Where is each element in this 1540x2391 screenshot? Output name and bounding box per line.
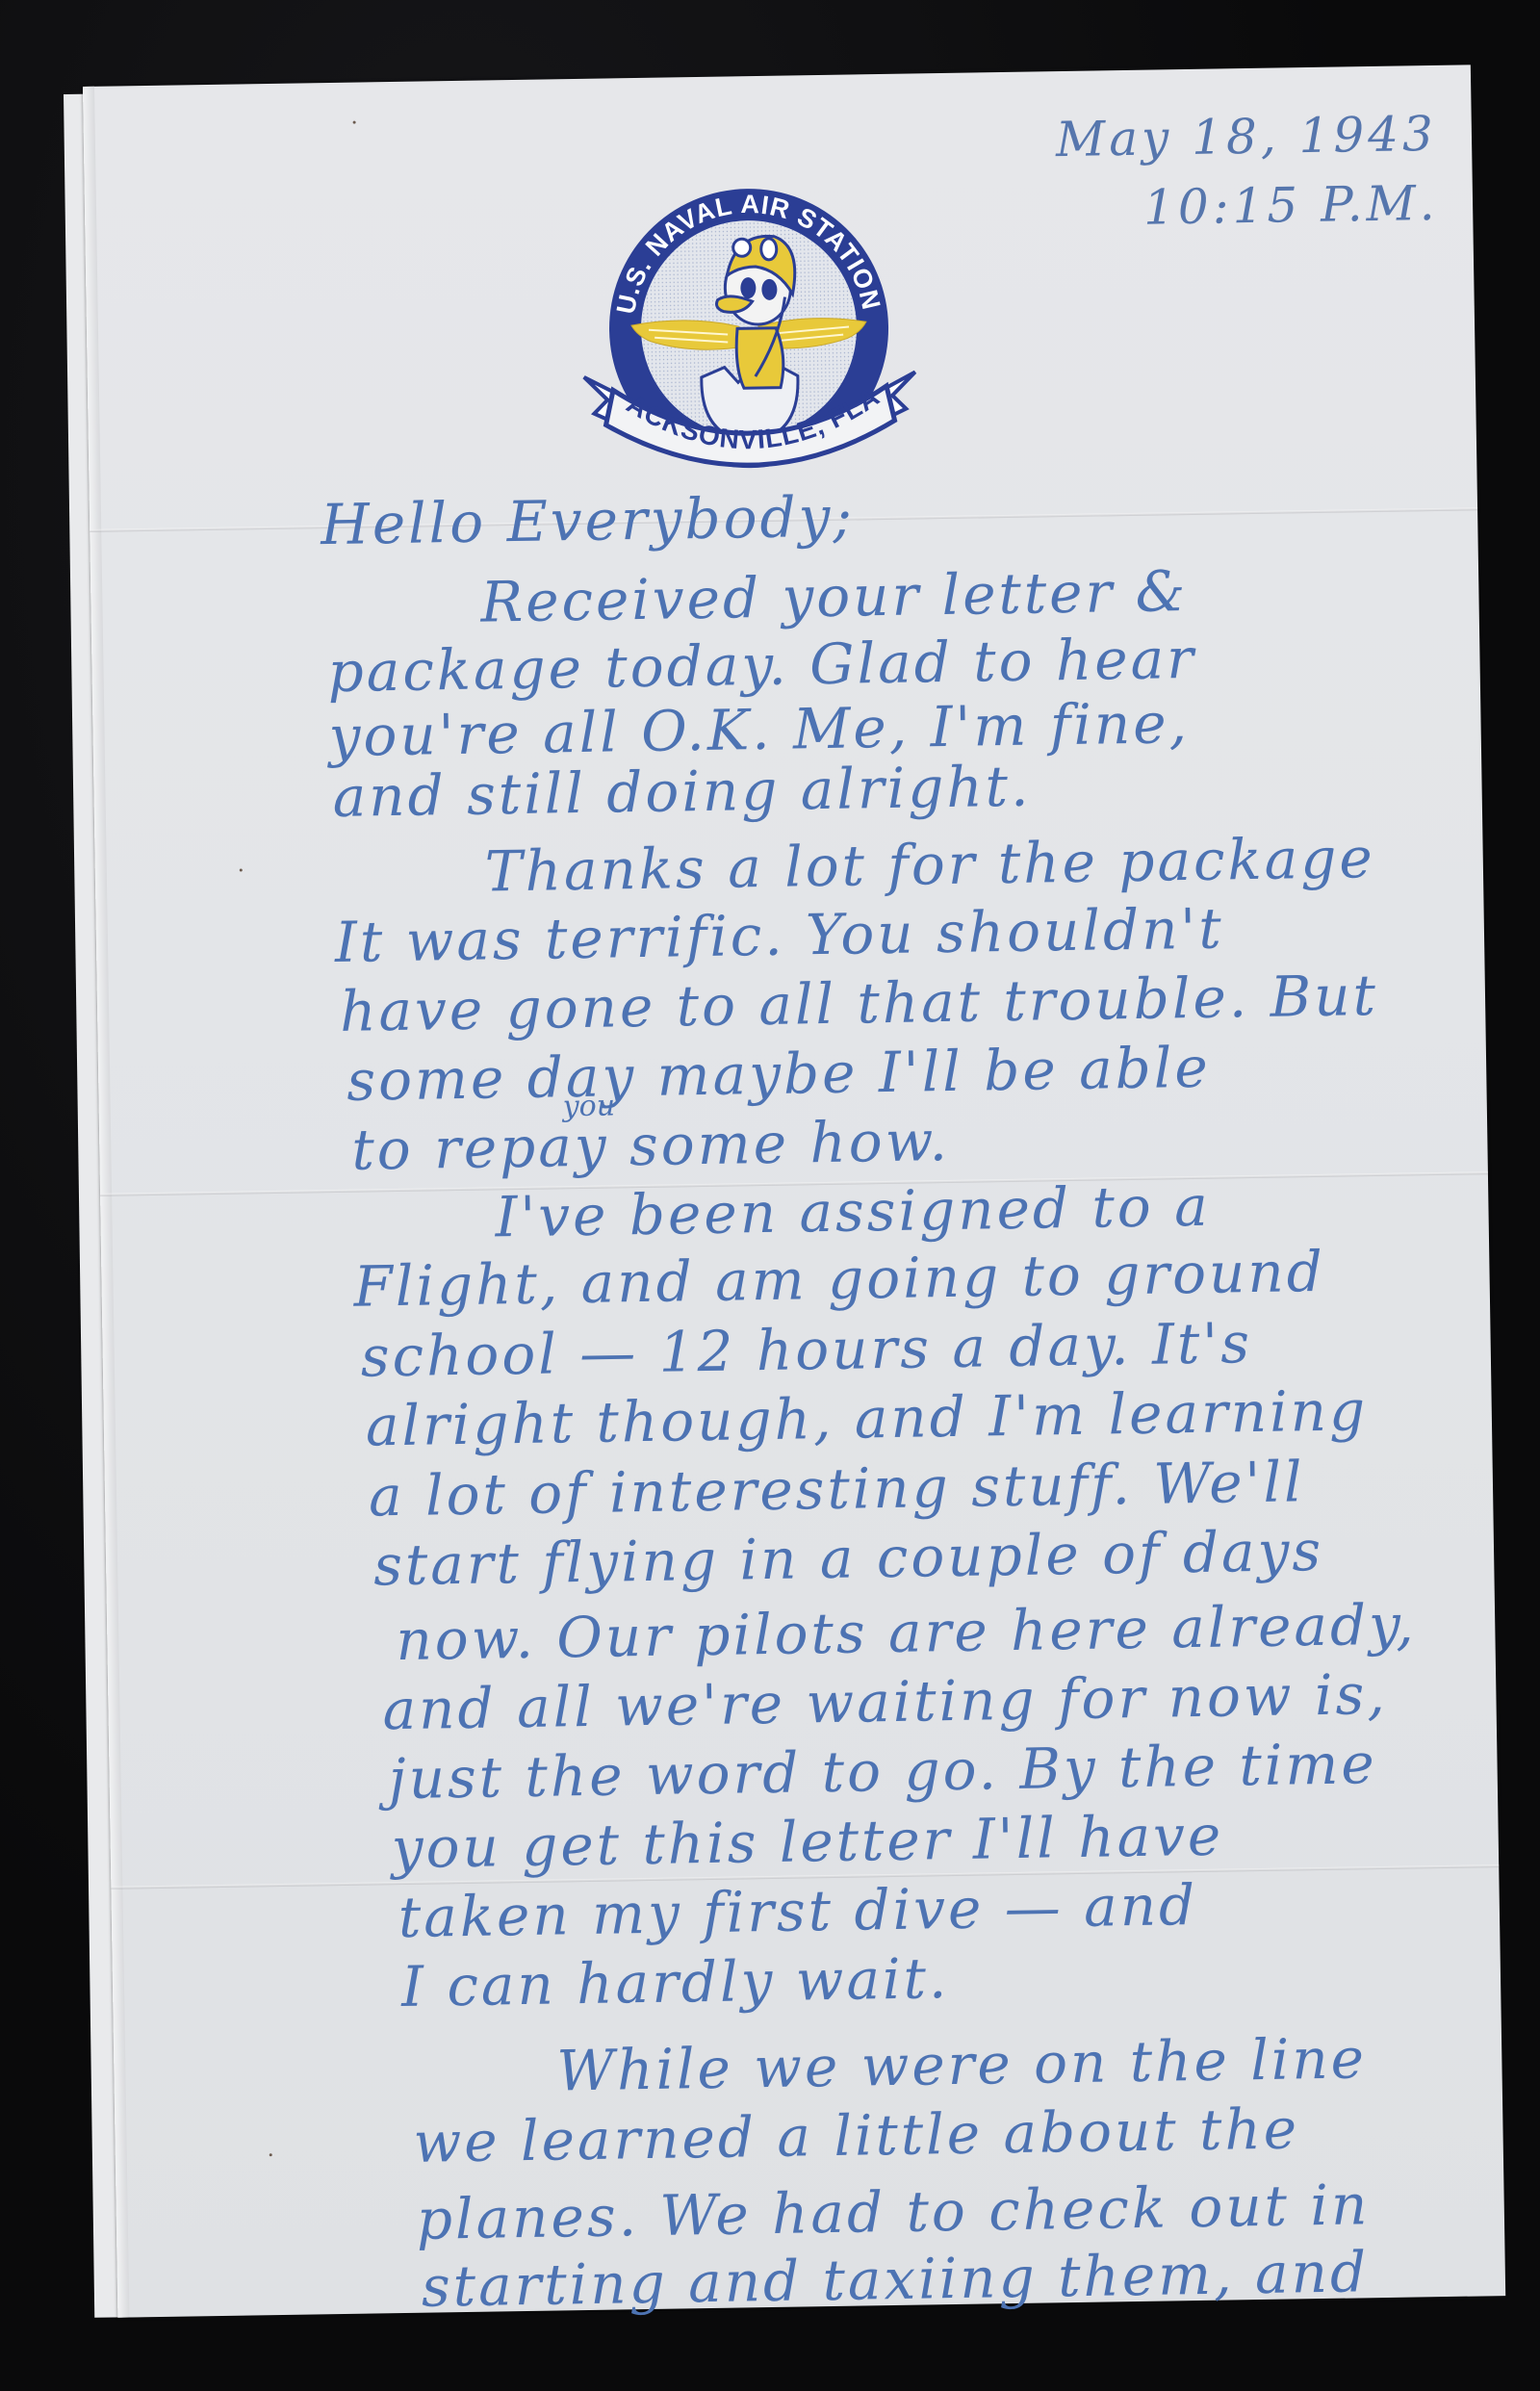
- letter-line: and all we're waiting for now is,: [382, 1666, 1388, 1737]
- letter-line: and still doing alright.: [332, 758, 1032, 825]
- letter-paper: U.S. NAVAL AIR STATION JACKSONVILLE, FLA…: [83, 64, 1505, 2317]
- letter-line: start flying in a couple of days: [373, 1523, 1324, 1593]
- letter-line: I've been assigned to a: [495, 1178, 1211, 1246]
- letter-line: starting and taxiing them, and: [421, 2244, 1369, 2314]
- letter-line: you get this letter I'll have: [391, 1808, 1223, 1877]
- letter-line: I can hardly wait.: [401, 1950, 950, 2015]
- letter-line: to repay some how.: [351, 1113, 950, 1178]
- letter-line: school — 12 hours a day. It's: [360, 1315, 1252, 1385]
- letter-line: taken my first dive — and: [398, 1877, 1197, 1945]
- salutation: Hello Everybody;: [321, 488, 856, 553]
- letter-line: package today. Glad to hear: [327, 630, 1196, 700]
- letter-line: just the word to go. By the time: [388, 1735, 1377, 1807]
- letter-line: have gone to all that trouble. But: [340, 967, 1379, 1040]
- letter-line: Thanks a lot for the package: [484, 830, 1375, 900]
- letter-line: Received your letter &: [480, 563, 1189, 630]
- letter-line: some day maybe I'll be able: [346, 1040, 1211, 1109]
- letter-line: planes. We had to check out in: [416, 2176, 1370, 2248]
- letter-date: May 18, 1943: [1056, 110, 1438, 164]
- paper-speck: [269, 2153, 272, 2156]
- letter-line: Flight, and am going to ground: [353, 1244, 1325, 1315]
- letter-line: now. Our pilots are here already,: [396, 1596, 1417, 1668]
- letter-line: It was terrific. You shouldn't: [335, 900, 1225, 970]
- letter-time: 10:15 P.M.: [1143, 179, 1439, 232]
- letter-line: alright though, and I'm learning: [365, 1382, 1368, 1453]
- letter-line: While we were on the line: [556, 2030, 1367, 2098]
- letter-line: we learned a little about the: [413, 2100, 1299, 2170]
- naval-air-station-logo: U.S. NAVAL AIR STATION JACKSONVILLE, FLA…: [572, 181, 927, 481]
- paper-speck: [353, 121, 356, 124]
- letter-line: you're all O.K. Me, I'm fine,: [328, 695, 1190, 764]
- paper-speck: [240, 868, 243, 871]
- letter-line: a lot of interesting stuff. We'll: [369, 1453, 1305, 1524]
